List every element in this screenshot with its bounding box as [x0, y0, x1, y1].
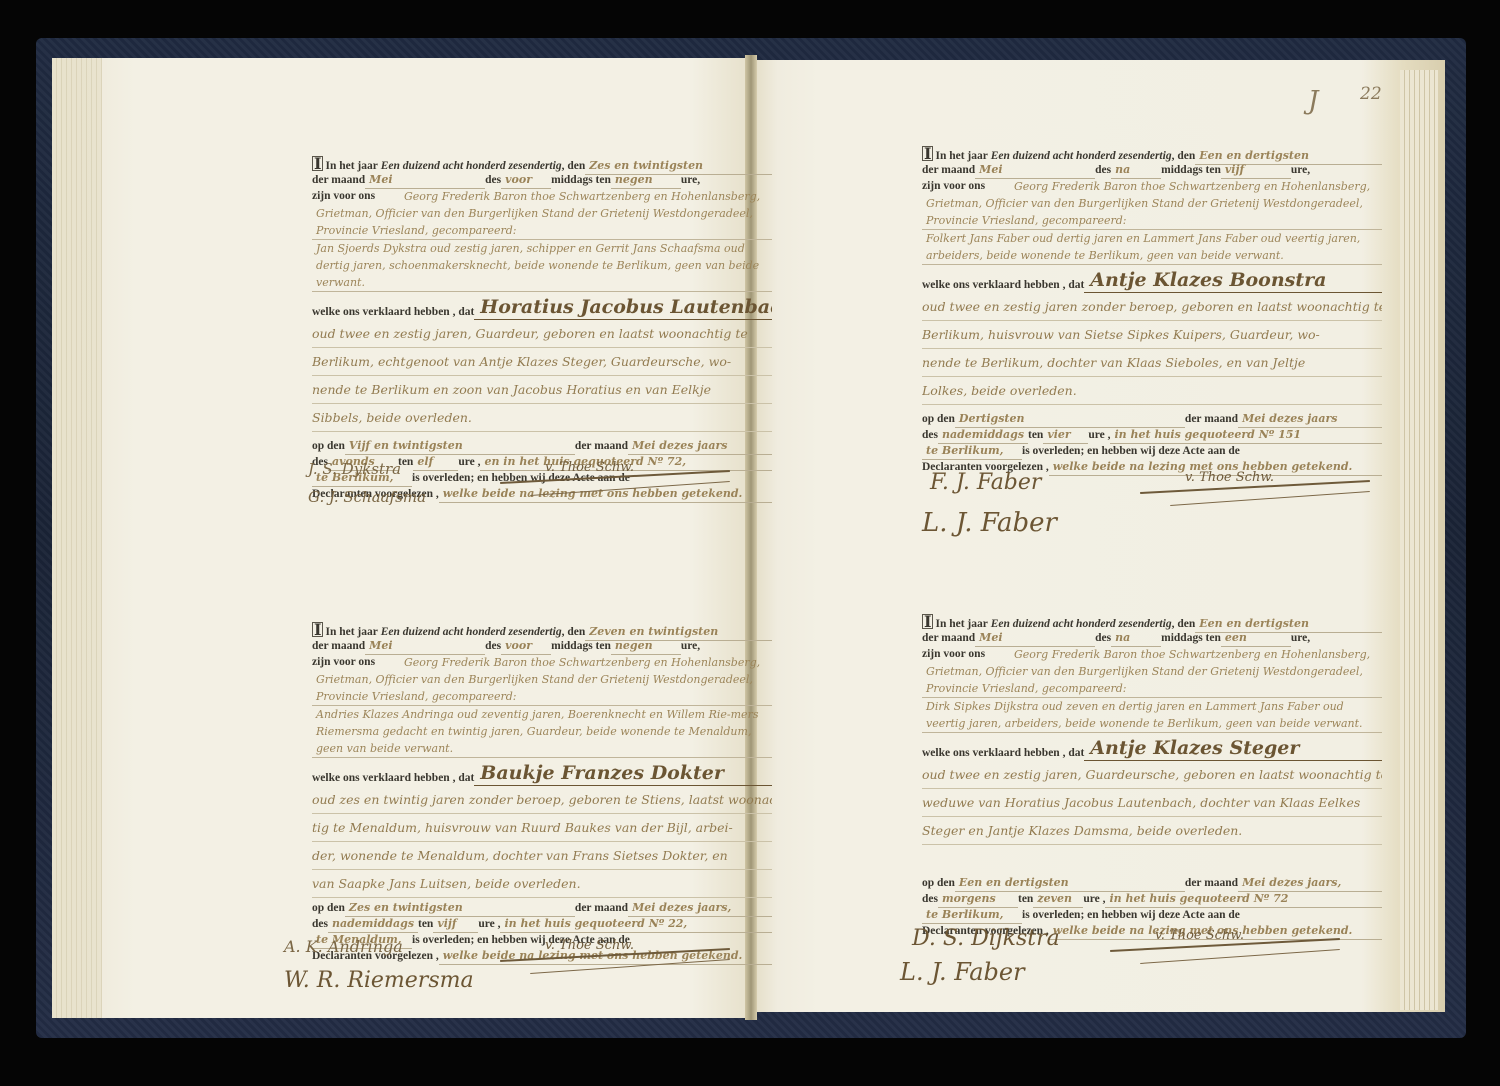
record-hour: negen: [611, 638, 681, 655]
folio-number: 22: [1360, 84, 1382, 104]
form-label: der maand: [575, 900, 628, 916]
deceased-name: Antje Klazes Boonstra: [1084, 268, 1382, 293]
declarant-signature: D. S. Dijkstra: [912, 926, 1060, 951]
declarant-signature: F. J. Faber: [930, 470, 1041, 495]
form-label: is overleden; en hebben wij deze Acte aa…: [1022, 443, 1240, 459]
form-label: ten: [1018, 891, 1033, 907]
form-label: ure ,: [1088, 427, 1110, 443]
details-line: oud zes en twintig jaren zonder beroep, …: [312, 786, 772, 814]
record-month: Mei: [975, 630, 1095, 647]
details-line: oud twee en zestig jaren, Guardeur, gebo…: [312, 320, 772, 348]
details-line: Berlikum, echtgenoot van Antje Klazes St…: [312, 348, 772, 376]
left-page-edges: [52, 58, 102, 1018]
form-label: zijn voor ons: [922, 178, 985, 194]
details-line: van Saapke Jans Luitsen, beide overleden…: [312, 870, 772, 898]
death-day: Een en dertigsten: [955, 875, 1185, 892]
details-line: Lolkes, beide overleden.: [922, 377, 1382, 405]
death-month: Mei dezes jaars,: [628, 900, 772, 917]
form-label: welke ons verklaard hebben , dat: [922, 277, 1084, 293]
declarants-text: Folkert Jans Faber oud dertig jaren en L…: [922, 230, 1382, 265]
form-label: des: [485, 172, 501, 188]
form-label: op den: [922, 875, 955, 891]
form-label: ure ,: [1083, 891, 1105, 907]
details-line: oud twee en zestig jaren, Guardeursche, …: [922, 761, 1382, 789]
death-house: in het huis gequoteerd Nº 22,: [500, 916, 772, 933]
declarants-text: Jan Sjoerds Dykstra oud zestig jaren, sc…: [312, 240, 772, 292]
declarant-signature: L. J. Faber: [900, 958, 1025, 986]
form-label: zijn voor ons: [312, 188, 375, 204]
decorative-initial: I: [312, 622, 323, 637]
form-label: zijn voor ons: [922, 646, 985, 662]
form-label: des: [485, 638, 501, 654]
declarant-signature: J. S. Dykstra: [308, 460, 401, 478]
form-label: ten: [1028, 427, 1043, 443]
officer-signature: v. Thoe Schw.: [1140, 472, 1380, 512]
form-label: welke ons verklaard hebben , dat: [312, 304, 474, 320]
form-label: des: [312, 916, 328, 932]
death-house: in het huis gequoteerd Nº 151: [1110, 427, 1382, 444]
form-label: des: [1095, 162, 1111, 178]
record-hour: vijf: [1221, 162, 1291, 179]
record-month: Mei: [975, 162, 1095, 179]
form-label: op den: [922, 411, 955, 427]
death-record-left-1: I In het jaar Een duizend acht honderd z…: [312, 156, 772, 502]
deceased-name: Baukje Franzes Dokter: [474, 761, 772, 786]
form-label: is overleden; en hebben wij deze Acte aa…: [1022, 907, 1240, 923]
officer-signature: v. Thoe Schw.: [500, 940, 740, 980]
record-part-of-day: na: [1111, 630, 1161, 647]
decorative-initial: I: [312, 156, 323, 171]
declarants-text: Dirk Sipkes Dijkstra oud zeven en dertig…: [922, 698, 1382, 733]
officer-signature-text: v. Thoe Schw.: [1155, 928, 1244, 943]
declarant-signature: A. K. Andringa: [284, 937, 403, 956]
record-part-of-day: voor: [501, 638, 551, 655]
form-label: ure,: [1291, 630, 1310, 646]
form-label: ure,: [1291, 162, 1310, 178]
form-label: der maand: [1185, 875, 1238, 891]
form-label: des: [1095, 630, 1111, 646]
record-month: Mei: [365, 638, 485, 655]
form-label: ure ,: [478, 916, 500, 932]
form-label: middags ten: [551, 638, 611, 654]
form-label: ure ,: [458, 454, 480, 470]
death-hour: zeven: [1033, 891, 1083, 908]
form-label: der maand: [575, 438, 628, 454]
declarant-signature: W. R. Riemersma: [284, 968, 474, 993]
folio-mark: J: [1308, 86, 1318, 116]
death-hour: elf: [413, 454, 458, 471]
declarants-text: Andries Klazes Andringa oud zeventig jar…: [312, 706, 772, 758]
form-label: der maand: [922, 630, 975, 646]
details-line: der, wonende te Menaldum, dochter van Fr…: [312, 842, 772, 870]
right-page-edges: [1400, 70, 1438, 1010]
details-line: nende te Berlikum en zoon van Jacobus Ho…: [312, 376, 772, 404]
record-hour: een: [1221, 630, 1291, 647]
death-day: Vijf en twintigsten: [345, 438, 575, 455]
form-label: welke ons verklaard hebben , dat: [922, 745, 1084, 761]
form-label: der maand: [312, 638, 365, 654]
death-month: Mei dezes jaars,: [1238, 875, 1382, 892]
details-line: Sibbels, beide overleden.: [312, 404, 772, 432]
death-part-of-day: morgens: [938, 891, 1018, 908]
form-label: op den: [312, 900, 345, 916]
death-record-right-1: I In het jaar Een duizend acht honderd z…: [922, 146, 1382, 475]
form-label: des: [922, 891, 938, 907]
death-record-right-2: I In het jaar Een duizend acht honderd z…: [922, 614, 1382, 939]
deceased-details: oud twee en zestig jaren zonder beroep, …: [922, 293, 1382, 405]
officer-signature: v. Thoe Schw.: [1110, 930, 1350, 970]
details-line: Berlikum, huisvrouw van Sietse Sipkes Ku…: [922, 321, 1382, 349]
record-part-of-day: voor: [501, 172, 551, 189]
record-month: Mei: [365, 172, 485, 189]
officer-signature-text: v. Thoe Schw.: [1185, 470, 1274, 485]
form-label: der maand: [922, 162, 975, 178]
officer-signature-text: v. Thoe Schw.: [545, 938, 634, 953]
form-label: middags ten: [1161, 630, 1221, 646]
decorative-initial: I: [922, 614, 933, 629]
form-label: op den: [312, 438, 345, 454]
form-label: ure,: [681, 638, 700, 654]
death-part-of-day: nademiddags: [328, 916, 418, 933]
death-house: in het huis gequoteerd Nº 72: [1105, 891, 1382, 908]
record-hour: negen: [611, 172, 681, 189]
details-line: oud twee en zestig jaren zonder beroep, …: [922, 293, 1382, 321]
death-month: Mei dezes jaars: [1238, 411, 1382, 428]
death-part-of-day: nademiddags: [938, 427, 1028, 444]
form-label: ure,: [681, 172, 700, 188]
declarant-signature: L. J. Faber: [922, 508, 1057, 538]
form-label: zijn voor ons: [312, 654, 375, 670]
form-label: middags ten: [551, 172, 611, 188]
details-line: weduwe van Horatius Jacobus Lautenbach, …: [922, 789, 1382, 817]
death-record-left-2: I In het jaar Een duizend acht honderd z…: [312, 622, 772, 964]
form-label: middags ten: [1161, 162, 1221, 178]
officer-signature-text: v. Thoe Schw.: [545, 460, 634, 475]
form-label: der maand: [1185, 411, 1238, 427]
form-label: des: [922, 427, 938, 443]
death-month: Mei dezes jaars: [628, 438, 772, 455]
death-hour: vier: [1043, 427, 1088, 444]
form-label: welke ons verklaard hebben , dat: [312, 770, 474, 786]
decorative-initial: I: [922, 146, 933, 161]
officer-signature: v. Thoe Schw.: [500, 462, 740, 502]
death-hour: vijf: [433, 916, 478, 933]
details-line: Steger en Jantje Klazes Damsma, beide ov…: [922, 817, 1382, 845]
death-place: te Berlikum,: [922, 443, 1022, 460]
deceased-details: oud twee en zestig jaren, Guardeursche, …: [922, 761, 1382, 845]
deceased-name: Antje Klazes Steger: [1084, 736, 1382, 761]
deceased-details: oud twee en zestig jaren, Guardeur, gebo…: [312, 320, 772, 432]
death-place: te Berlikum,: [922, 907, 1022, 924]
declarant-signature: G. J. Schaafsma: [308, 488, 426, 506]
details-line: tig te Menaldum, huisvrouw van Ruurd Bau…: [312, 814, 772, 842]
death-day: Zes en twintigsten: [345, 900, 575, 917]
details-line: nende te Berlikum, dochter van Klaas Sie…: [922, 349, 1382, 377]
form-label: ten: [418, 916, 433, 932]
deceased-name: Horatius Jacobus Lautenbach: [474, 295, 772, 320]
form-label: der maand: [312, 172, 365, 188]
deceased-details: oud zes en twintig jaren zonder beroep, …: [312, 786, 772, 898]
death-day: Dertigsten: [955, 411, 1185, 428]
record-part-of-day: na: [1111, 162, 1161, 179]
